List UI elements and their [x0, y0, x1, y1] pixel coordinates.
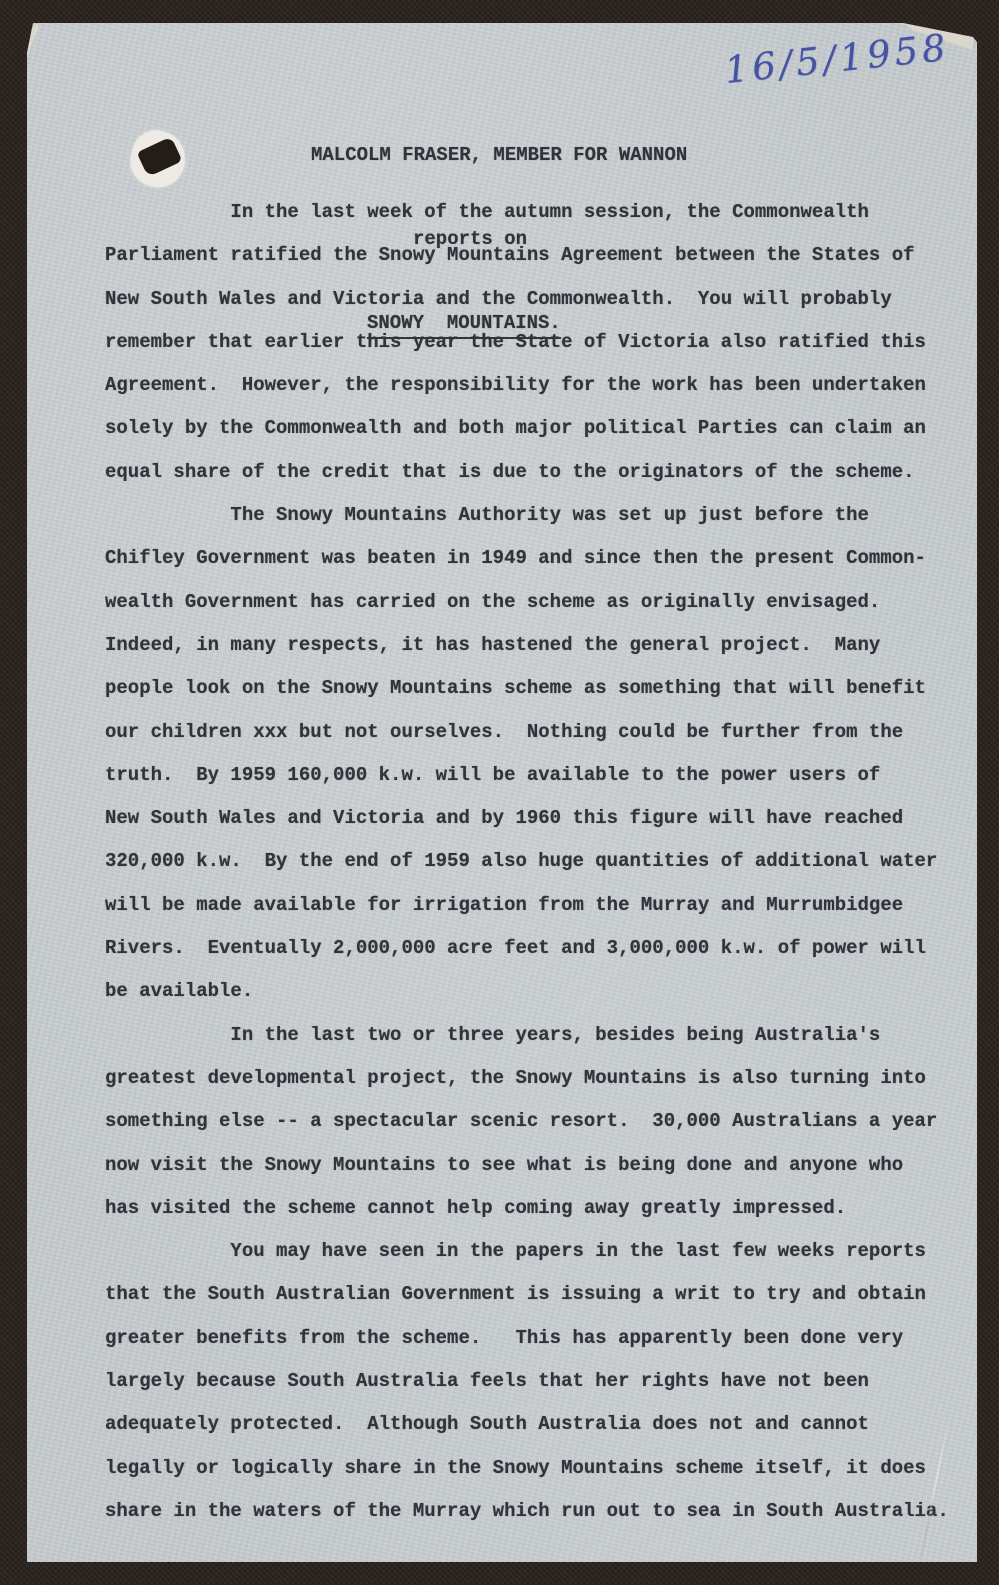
typed-line: wealth Government has carried on the sch… [105, 581, 949, 624]
typed-line: New South Wales and Victoria and by 1960… [105, 797, 949, 840]
typed-line: now visit the Snowy Mountains to see wha… [105, 1144, 949, 1187]
typed-line: equal share of the credit that is due to… [105, 451, 949, 494]
typed-line: adequately protected. Although South Aus… [105, 1403, 949, 1446]
typed-line: has visited the scheme cannot help comin… [105, 1187, 949, 1230]
typed-line: In the last two or three years, besides … [105, 1014, 949, 1057]
typed-line: The Snowy Mountains Authority was set up… [105, 494, 949, 537]
typed-line: Chifley Government was beaten in 1949 an… [105, 537, 949, 580]
typed-line: New South Wales and Victoria and the Com… [105, 278, 949, 321]
typed-line: Parliament ratified the Snowy Mountains … [105, 234, 949, 277]
typed-line: legally or logically share in the Snowy … [105, 1447, 949, 1490]
typed-line: be available. [105, 970, 949, 1013]
typed-line: largely because South Australia feels th… [105, 1360, 949, 1403]
typed-line: our children xxx but not ourselves. Noth… [105, 711, 949, 754]
header-author-line: MALCOLM FRASER, MEMBER FOR WANNON [311, 141, 687, 169]
typed-line: people look on the Snowy Mountains schem… [105, 667, 949, 710]
torn-corner-sliver [27, 23, 38, 56]
typed-line: solely by the Commonwealth and both majo… [105, 407, 949, 450]
scan-background: 16/5/1958 MALCOLM FRASER, MEMBER FOR WAN… [0, 0, 999, 1585]
typed-line: remember that earlier this year the Stat… [105, 321, 949, 364]
typed-line: something else -- a spectacular scenic r… [105, 1100, 949, 1143]
typed-line: will be made available for irrigation fr… [105, 884, 949, 927]
document-page: 16/5/1958 MALCOLM FRASER, MEMBER FOR WAN… [27, 23, 977, 1562]
typed-line: share in the waters of the Murray which … [105, 1490, 949, 1533]
typed-line: that the South Australian Government is … [105, 1273, 949, 1316]
typed-line: truth. By 1959 160,000 k.w. will be avai… [105, 754, 949, 797]
typed-line: In the last week of the autumn session, … [105, 191, 949, 234]
handwritten-date: 16/5/1958 [723, 21, 996, 92]
typed-line: Agreement. However, the responsibility f… [105, 364, 949, 407]
typed-line: greatest developmental project, the Snow… [105, 1057, 949, 1100]
typed-line: Indeed, in many respects, it has hastene… [105, 624, 949, 667]
typed-line: You may have seen in the papers in the l… [105, 1230, 949, 1273]
typed-body: In the last week of the autumn session, … [105, 191, 949, 1533]
typed-line: greater benefits from the scheme. This h… [105, 1317, 949, 1360]
typed-line: 320,000 k.w. By the end of 1959 also hug… [105, 840, 949, 883]
typed-line: Rivers. Eventually 2,000,000 acre feet a… [105, 927, 949, 970]
